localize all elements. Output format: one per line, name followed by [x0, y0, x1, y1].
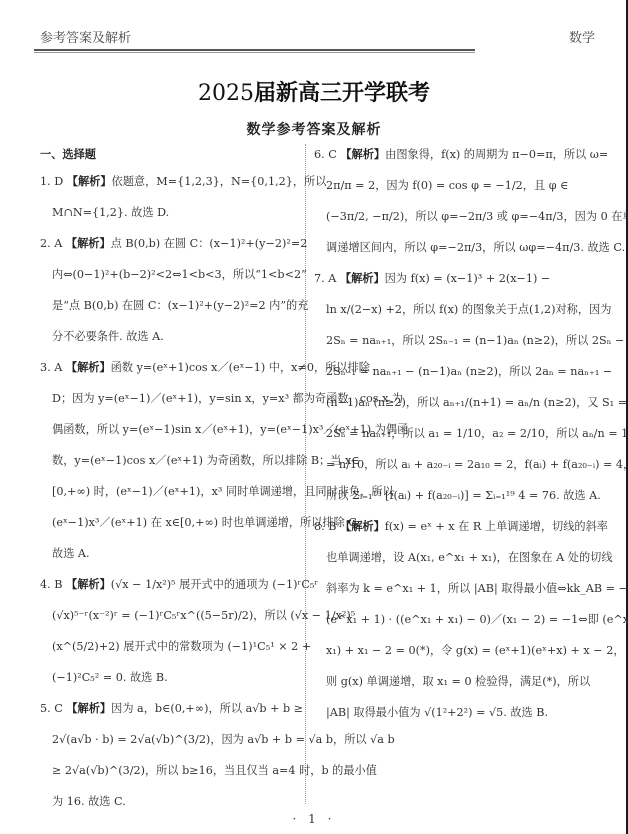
answer-text: 因为 a，b∈(0,+∞)，所以 a√b + b ≥ [111, 702, 303, 715]
answer-line: 2Sₙ = naₙ₊₁，所以 a₁ = 1/10，a₂ = 2/10，所以 aₙ… [314, 425, 586, 442]
answer-text: 所以 Σᵢ₌₁¹⁹ [f(aᵢ) + f(a₂₀₋ᵢ)] = Σᵢ₌₁¹⁹ 4 … [326, 489, 601, 502]
answer-line: 2. A 【解析】点 B(0,b) 在圆 C：(x−1)²+(y−2)²=2 [40, 235, 298, 252]
answer-text: 由图象得，f(x) 的周期为 π−0=π，所以 ω= [385, 148, 608, 161]
answer-line: (−3π/2, −π/2)，所以 φ=−2π/3 或 φ=−4π/3，因为 0 … [314, 208, 586, 225]
answer-line: = n/10，所以 aᵢ + a₂₀₋ᵢ = 2a₁₀ = 2，f(aᵢ) + … [314, 456, 586, 473]
answer-text: 是“点 B(0,b) 在圆 C：(x−1)²+(y−2)²=2 内”的充 [52, 299, 308, 312]
answer-number: 4. B [40, 578, 62, 591]
answer-number: 8. B [314, 520, 336, 533]
answer-line: 5. C 【解析】因为 a，b∈(0,+∞)，所以 a√b + b ≥ [40, 700, 298, 717]
answer-line: D；因为 y=(eˣ−1)／(eˣ+1)，y=sin x，y=x³ 都为奇函数，… [40, 390, 298, 407]
answer-line: (e^x₁ + 1) · ((e^x₁ + x₁) − 0)／(x₁ − 2) … [314, 611, 586, 628]
answer-line: ≥ 2√a(√b)^(3/2)，所以 b≥16，当且仅当 a=4 时，b 的最小… [40, 762, 298, 779]
answer-line: [0,+∞) 时，(eˣ−1)／(eˣ+1)，x³ 同时单调递增，且同时非负，所… [40, 483, 298, 500]
answer-text: 也单调递增，设 A(x₁, e^x₁ + x₁)，在图象在 A 处的切线 [326, 551, 613, 564]
answer-text: 2Sₙ₋₁ = naₙ₊₁ − (n−1)aₙ (n≥2)，所以 2aₙ = n… [326, 365, 612, 378]
answer-text: (x^(5/2)+2) 展开式中的常数项为 (−1)¹C₅¹ × 2 + [52, 640, 311, 653]
answer-text: (n−1)aₙ (n≥2)，所以 aₙ₊₁/(n+1) = aₙ/n (n≥2)… [326, 396, 628, 409]
answer-line: 1. D 【解析】依题意，M={1,2,3}，N={0,1,2}，所以 [40, 173, 298, 190]
left-column: 一、选择题 1. D 【解析】依题意，M={1,2,3}，N={0,1,2}，所… [40, 146, 298, 824]
right-column: 6. C 【解析】由图象得，f(x) 的周期为 π−0=π，所以 ω=2π/π … [314, 146, 586, 735]
answer-number: 7. A [314, 272, 336, 285]
answer-number: 6. C [314, 148, 337, 161]
answer-text: M∩N={1,2}. 故选 D. [52, 206, 169, 219]
answer-text: (√x − 1/x²)⁵ 展开式中的通项为 (−1)ʳC₅ʳ [111, 578, 318, 591]
answer-line: 分不必要条件. 故选 A. [40, 328, 298, 345]
document-title: 2025届新高三开学联考 [0, 76, 628, 107]
answer-line: 2Sₙ₋₁ = naₙ₊₁ − (n−1)aₙ (n≥2)，所以 2aₙ = n… [314, 363, 586, 380]
answer-number: 3. A [40, 361, 62, 374]
title-year: 2025 [198, 81, 254, 106]
analysis-tag: 【解析】 [66, 360, 111, 374]
answer-text: = n/10，所以 aᵢ + a₂₀₋ᵢ = 2a₁₀ = 2，f(aᵢ) + … [326, 458, 628, 471]
left-answers: 1. D 【解析】依题意，M={1,2,3}，N={0,1,2}，所以M∩N={… [40, 173, 298, 810]
document-subtitle: 数学参考答案及解析 [0, 119, 628, 139]
running-header-left: 参考答案及解析 [40, 31, 131, 46]
answer-text: 2Sₙ = naₙ₊₁，所以 a₁ = 1/10，a₂ = 2/10，所以 aₙ… [326, 427, 628, 440]
answer-line: 2√(a√b · b) = 2√a(√b)^(3/2)，因为 a√b + b =… [40, 731, 298, 748]
analysis-tag: 【解析】 [66, 577, 111, 591]
answer-line: M∩N={1,2}. 故选 D. [40, 204, 298, 221]
title-text: 届新高三开学联考 [254, 80, 430, 106]
answer-text: 2Sₙ = naₙ₊₁，所以 2Sₙ₋₁ = (n−1)aₙ (n≥2)，所以 … [326, 334, 624, 347]
analysis-tag: 【解析】 [340, 519, 385, 533]
answer-line: 偶函数，所以 y=(eˣ−1)sin x／(eˣ+1)，y=(eˣ−1)x³／(… [40, 421, 298, 438]
answer-line: |AB| 取得最小值为 √(1²+2²) = √5. 故选 B. [314, 704, 586, 721]
answer-item-q8: 8. B 【解析】f(x) = eˣ + x 在 R 上单调递增，切线的斜率也单… [314, 518, 586, 721]
answer-item-q2: 2. A 【解析】点 B(0,b) 在圆 C：(x−1)²+(y−2)²=2内⇔… [40, 235, 298, 345]
answer-line: 3. A 【解析】函数 y=(eˣ+1)cos x／(eˣ−1) 中，x≠0，所… [40, 359, 298, 376]
answer-line: x₁) + x₁ − 2 = 0(*)，令 g(x) = (eˣ+1)(eˣ+x… [314, 642, 586, 659]
answer-item-q4: 4. B 【解析】(√x − 1/x²)⁵ 展开式中的通项为 (−1)ʳC₅ʳ(… [40, 576, 298, 686]
answer-item-q1: 1. D 【解析】依题意，M={1,2,3}，N={0,1,2}，所以M∩N={… [40, 173, 298, 221]
answer-text: 故选 A. [52, 547, 90, 560]
answer-line: 是“点 B(0,b) 在圆 C：(x−1)²+(y−2)²=2 内”的充 [40, 297, 298, 314]
answer-number: 1. D [40, 175, 63, 188]
answer-line: 则 g(x) 单调递增，取 x₁ = 0 检验得，满足(*)，所以 [314, 673, 586, 690]
answer-text: f(x) = eˣ + x 在 R 上单调递增，切线的斜率 [385, 520, 608, 533]
answer-text: 分不必要条件. 故选 A. [52, 330, 164, 343]
answer-text: x₁) + x₁ − 2 = 0(*)，令 g(x) = (eˣ+1)(eˣ+x… [326, 644, 625, 657]
analysis-tag: 【解析】 [66, 701, 111, 715]
right-answers: 6. C 【解析】由图象得，f(x) 的周期为 π−0=π，所以 ω=2π/π … [314, 146, 586, 721]
answer-number: 2. A [40, 237, 62, 250]
answer-line: 也单调递增，设 A(x₁, e^x₁ + x₁)，在图象在 A 处的切线 [314, 549, 586, 566]
answer-text: 依题意，M={1,2,3}，N={0,1,2}，所以 [112, 175, 327, 188]
answer-text: (e^x₁ + 1) · ((e^x₁ + x₁) − 0)／(x₁ − 2) … [326, 613, 628, 626]
answer-line: 为 16. 故选 C. [40, 793, 298, 810]
answer-text: (−3π/2, −π/2)，所以 φ=−2π/3 或 φ=−4π/3，因为 0 … [326, 210, 628, 223]
running-header: 参考答案及解析 数学 [40, 27, 474, 46]
header-rule-thick [34, 49, 475, 51]
answer-line: 6. C 【解析】由图象得，f(x) 的周期为 π−0=π，所以 ω= [314, 146, 586, 163]
answer-text: |AB| 取得最小值为 √(1²+2²) = √5. 故选 B. [326, 706, 548, 719]
answer-line: 4. B 【解析】(√x − 1/x²)⁵ 展开式中的通项为 (−1)ʳC₅ʳ [40, 576, 298, 593]
answer-line: (eˣ−1)x³／(eˣ+1) 在 x∈[0,+∞) 时也单调递增，所以排除 C… [40, 514, 298, 531]
answer-text: (√x)⁵⁻ʳ(x⁻²)ʳ = (−1)ʳC₅ʳx^((5−5r)/2)，所以 … [52, 609, 355, 622]
analysis-tag: 【解析】 [66, 236, 111, 250]
answer-line: (n−1)aₙ (n≥2)，所以 aₙ₊₁/(n+1) = aₙ/n (n≥2)… [314, 394, 586, 411]
answer-text: 斜率为 k = e^x₁ + 1，所以 |AB| 取得最小值⇔kk_AB = −… [326, 582, 628, 595]
answer-text: 为 16. 故选 C. [52, 795, 126, 808]
running-header-subject: 数学 [569, 27, 595, 46]
page-number: · 1 · [0, 812, 628, 826]
answer-line: (−1)²C₅² = 0. 故选 B. [40, 669, 298, 686]
answer-line: 2π/π = 2，因为 f(0) = cos φ = −1/2，且 φ ∈ [314, 177, 586, 194]
answer-text: 则 g(x) 单调递增，取 x₁ = 0 检验得，满足(*)，所以 [326, 675, 590, 688]
answer-text: ln x/(2−x) +2，所以 f(x) 的图象关于点(1,2)对称，因为 [326, 303, 611, 316]
answer-line: 2Sₙ = naₙ₊₁，所以 2Sₙ₋₁ = (n−1)aₙ (n≥2)，所以 … [314, 332, 586, 349]
answer-line: 内⇔(0−1)²+(b−2)²<2⇔1<b<3，所以“1<b<2” [40, 266, 298, 283]
answer-item-q5: 5. C 【解析】因为 a，b∈(0,+∞)，所以 a√b + b ≥2√(a√… [40, 700, 298, 810]
answer-line: 故选 A. [40, 545, 298, 562]
header-rule-thin [34, 52, 475, 53]
answer-line: ln x/(2−x) +2，所以 f(x) 的图象关于点(1,2)对称，因为 [314, 301, 586, 318]
answer-line: 7. A 【解析】因为 f(x) = (x−1)³ + 2(x−1) − [314, 270, 586, 287]
analysis-tag: 【解析】 [340, 271, 385, 285]
analysis-tag: 【解析】 [340, 147, 385, 161]
answer-line: 斜率为 k = e^x₁ + 1，所以 |AB| 取得最小值⇔kk_AB = −… [314, 580, 586, 597]
answer-item-q6: 6. C 【解析】由图象得，f(x) 的周期为 π−0=π，所以 ω=2π/π … [314, 146, 586, 256]
analysis-tag: 【解析】 [67, 174, 112, 188]
answer-line: 8. B 【解析】f(x) = eˣ + x 在 R 上单调递增，切线的斜率 [314, 518, 586, 535]
answer-number: 5. C [40, 702, 63, 715]
answer-text: 点 B(0,b) 在圆 C：(x−1)²+(y−2)²=2 [111, 237, 308, 250]
answer-line: 数，y=(eˣ−1)cos x／(eˣ+1) 为奇函数，所以排除 B；当 x∈ [40, 452, 298, 469]
answer-line: 调递增区间内，所以 φ=−2π/3，所以 ωφ=−4π/3. 故选 C. [314, 239, 586, 256]
answer-text: 调递增区间内，所以 φ=−2π/3，所以 ωφ=−4π/3. 故选 C. [326, 241, 625, 254]
answer-item-q7: 7. A 【解析】因为 f(x) = (x−1)³ + 2(x−1) −ln x… [314, 270, 586, 504]
answer-text: 因为 f(x) = (x−1)³ + 2(x−1) − [385, 272, 551, 285]
answer-line: (x^(5/2)+2) 展开式中的常数项为 (−1)¹C₅¹ × 2 + [40, 638, 298, 655]
answer-text: 2π/π = 2，因为 f(0) = cos φ = −1/2，且 φ ∈ [326, 179, 568, 192]
section-heading: 一、选择题 [40, 146, 298, 163]
answer-text: (−1)²C₅² = 0. 故选 B. [52, 671, 168, 684]
answer-text: 内⇔(0−1)²+(b−2)²<2⇔1<b<3，所以“1<b<2” [52, 268, 307, 281]
answer-text: ≥ 2√a(√b)^(3/2)，所以 b≥16，当且仅当 a=4 时，b 的最小… [52, 764, 377, 777]
answer-line: 所以 Σᵢ₌₁¹⁹ [f(aᵢ) + f(a₂₀₋ᵢ)] = Σᵢ₌₁¹⁹ 4 … [314, 487, 586, 504]
answer-item-q3: 3. A 【解析】函数 y=(eˣ+1)cos x／(eˣ−1) 中，x≠0，所… [40, 359, 298, 562]
answer-line: (√x)⁵⁻ʳ(x⁻²)ʳ = (−1)ʳC₅ʳx^((5−5r)/2)，所以 … [40, 607, 298, 624]
